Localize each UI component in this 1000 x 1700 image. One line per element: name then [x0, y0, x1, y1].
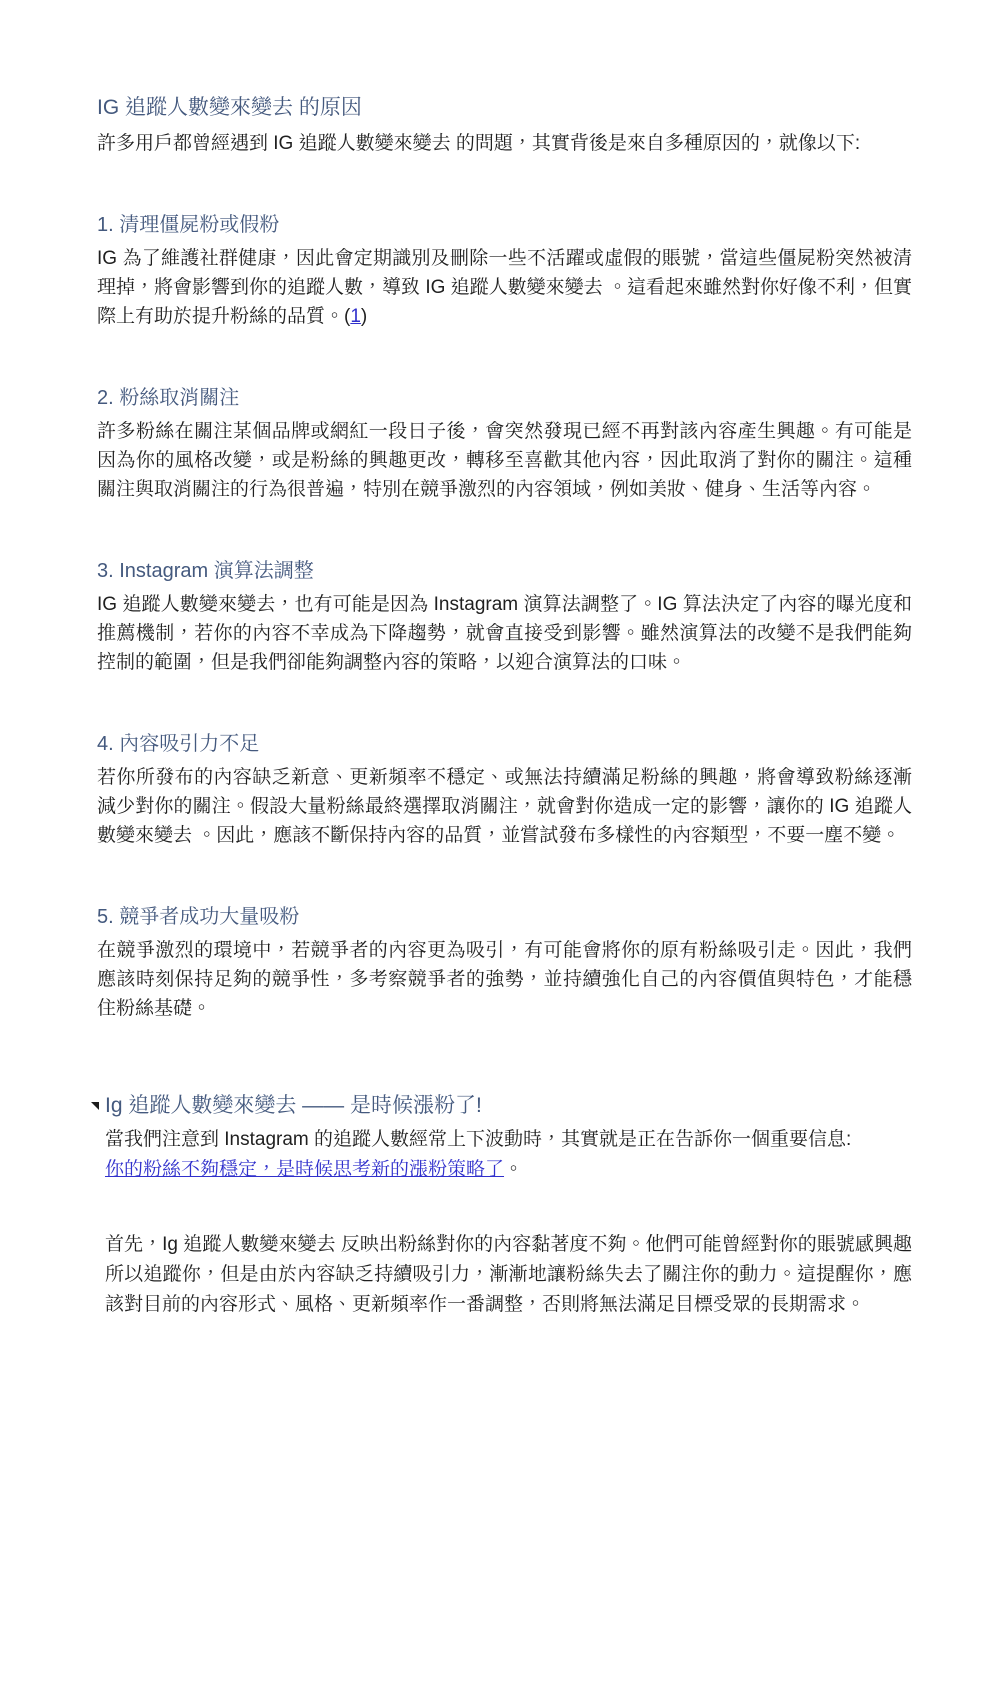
cta-body-paragraph: 首先，Ig 追蹤人數變來變去 反映出粉絲對你的內容黏著度不夠。他們可能曾經對你的…	[105, 1230, 912, 1320]
cta-intro-period: 。	[504, 1159, 523, 1180]
section-heading-4: 4. 內容吸引力不足	[97, 731, 912, 757]
section-body-5: 在競爭激烈的環境中，若競爭者的內容更為吸引，有可能會將你的原有粉絲吸引走。因此，…	[97, 936, 912, 1023]
section-body-1-text: IG 為了維護社群健康，因此會定期識別及刪除一些不活躍或虛假的賬號，當這些僵屍粉…	[97, 248, 912, 327]
section-heading-3: 3. Instagram 演算法調整	[97, 558, 912, 584]
heading-collapse-triangle-icon[interactable]	[91, 1102, 99, 1110]
cta-intro-text: 當我們注意到 Instagram 的追蹤人數經常上下波動時，其實就是正在告訴你一…	[105, 1129, 851, 1150]
section-algorithm: 3. Instagram 演算法調整 IG 追蹤人數變來變去，也有可能是因為 I…	[97, 558, 912, 677]
section-body-1-closing: )	[361, 306, 367, 327]
reference-link-1[interactable]: 1	[350, 306, 361, 327]
section-content-appeal: 4. 內容吸引力不足 若你所發布的內容缺乏新意、更新頻率不穩定、或無法持續滿足粉…	[97, 731, 912, 850]
cta-heading-row: Ig 追蹤人數變來變去 —— 是時候漲粉了!	[105, 1093, 912, 1119]
section-body-1: IG 為了維護社群健康，因此會定期識別及刪除一些不活躍或虛假的賬號，當這些僵屍粉…	[97, 244, 912, 331]
section-body-3: IG 追蹤人數變來變去，也有可能是因為 Instagram 演算法調整了。IG …	[97, 590, 912, 677]
intro-paragraph: 許多用戶都曾經遇到 IG 追蹤人數變來變去 的問題，其實背後是來自多種原因的，就…	[97, 129, 912, 158]
section-heading-1: 1. 清理僵屍粉或假粉	[97, 212, 912, 238]
section-zombie-followers: 1. 清理僵屍粉或假粉 IG 為了維護社群健康，因此會定期識別及刪除一些不活躍或…	[97, 212, 912, 331]
section-body-2: 許多粉絲在關注某個品牌或網紅一段日子後，會突然發現已經不再對該內容產生興趣。有可…	[97, 417, 912, 504]
document-page: IG 追蹤人數變來變去 的原因 許多用戶都曾經遇到 IG 追蹤人數變來變去 的問…	[0, 0, 1000, 1320]
page-title: IG 追蹤人數變來變去 的原因	[97, 95, 912, 121]
cta-intro-paragraph: 當我們注意到 Instagram 的追蹤人數經常上下波動時，其實就是正在告訴你一…	[105, 1125, 912, 1185]
cta-section: Ig 追蹤人數變來變去 —— 是時候漲粉了! 當我們注意到 Instagram …	[105, 1093, 912, 1320]
section-heading-2: 2. 粉絲取消關注	[97, 385, 912, 411]
section-unfollow: 2. 粉絲取消關注 許多粉絲在關注某個品牌或網紅一段日子後，會突然發現已經不再對…	[97, 385, 912, 504]
cta-heading: Ig 追蹤人數變來變去 —— 是時候漲粉了!	[105, 1093, 482, 1119]
section-body-4: 若你所發布的內容缺乏新意、更新頻率不穩定、或無法持續滿足粉絲的興趣，將會導致粉絲…	[97, 763, 912, 850]
growth-strategy-link[interactable]: 你的粉絲不夠穩定，是時候思考新的漲粉策略了	[105, 1159, 504, 1180]
section-heading-5: 5. 競爭者成功大量吸粉	[97, 904, 912, 930]
section-competitors: 5. 競爭者成功大量吸粉 在競爭激烈的環境中，若競爭者的內容更為吸引，有可能會將…	[97, 904, 912, 1023]
